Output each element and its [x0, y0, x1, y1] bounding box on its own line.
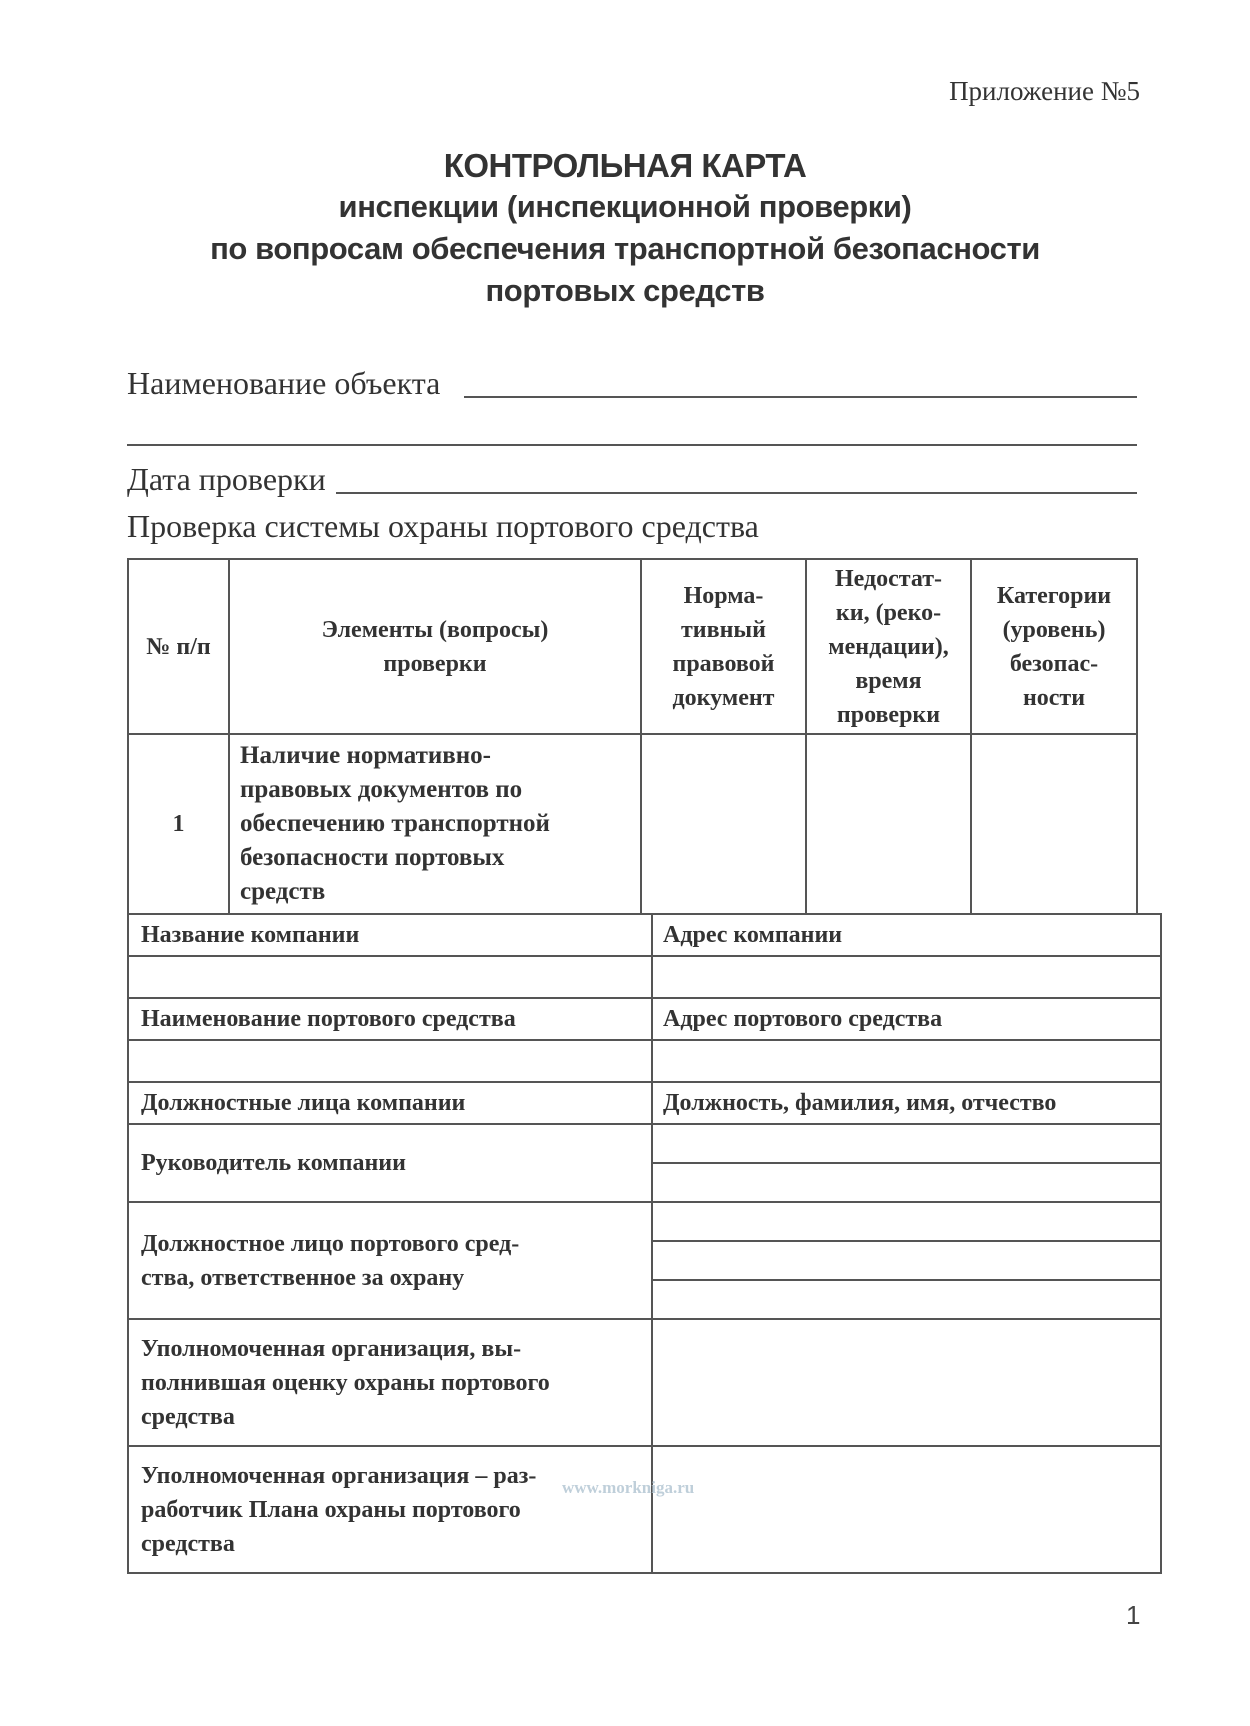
row-deficiencies-cell[interactable] — [806, 734, 971, 914]
pfso-row: Должностное лицо портового сред- ства, о… — [128, 1202, 1161, 1319]
company-name-label: Название компании — [128, 914, 652, 956]
officials-label: Должностные лица компании — [128, 1082, 652, 1124]
object-name-label: Наименование объекта — [127, 365, 440, 404]
port-facility-name-cell[interactable] — [128, 1040, 652, 1082]
document-title: КОНТРОЛЬНАЯ КАРТА инспекции (инспекционн… — [0, 146, 1250, 312]
object-name-continuation-line[interactable] — [127, 444, 1137, 446]
company-value-row — [128, 956, 1161, 998]
officials-header-row: Должностные лица компании Должность, фам… — [128, 1082, 1161, 1124]
pfso-line-1[interactable] — [653, 1203, 1160, 1242]
pfso-line-3[interactable] — [653, 1281, 1160, 1318]
pfso-label: Должностное лицо портового сред- ства, о… — [128, 1202, 652, 1319]
company-address-cell[interactable] — [652, 956, 1161, 998]
company-head-details — [652, 1124, 1161, 1202]
table-header-row: № п/п Элементы (вопросы) проверки Норма-… — [128, 559, 1137, 734]
port-facility-name-label: Наименование портового средства — [128, 998, 652, 1040]
port-facility-address-label: Адрес портового средства — [652, 998, 1161, 1040]
header-num: № п/п — [128, 559, 229, 734]
checklist-table: № п/п Элементы (вопросы) проверки Норма-… — [127, 558, 1138, 915]
check-date-input[interactable] — [336, 462, 1137, 494]
object-name-input[interactable] — [464, 366, 1137, 398]
watermark: www.morkniga.ru — [562, 1478, 694, 1498]
section-title: Проверка системы охраны портового средст… — [127, 508, 759, 545]
row-number: 1 — [128, 734, 229, 914]
table-row: 1 Наличие нормативно- правовых документо… — [128, 734, 1137, 914]
header-normative-document: Норма- тивный правовой документ — [641, 559, 806, 734]
object-name-field: Наименование объекта — [127, 356, 1137, 404]
header-security-category: Категории (уровень) безопас- ности — [971, 559, 1137, 734]
row-security-category-cell[interactable] — [971, 734, 1137, 914]
pfso-line-2[interactable] — [653, 1242, 1160, 1281]
title-line-2: инспекции (инспекционной проверки) — [0, 186, 1250, 228]
header-elements: Элементы (вопросы) проверки — [229, 559, 641, 734]
title-line-4: портовых средств — [0, 270, 1250, 312]
row-normative-document-cell[interactable] — [641, 734, 806, 914]
port-facility-address-cell[interactable] — [652, 1040, 1161, 1082]
page-number: 1 — [1126, 1600, 1140, 1631]
plan-developer-row: Уполномоченная организация – раз- работч… — [128, 1446, 1161, 1573]
header-deficiencies: Недостат- ки, (реко- мендации), время пр… — [806, 559, 971, 734]
assessor-org-label: Уполномоченная организация, вы- полнивша… — [128, 1319, 652, 1446]
port-facility-header-row: Наименование портового средства Адрес по… — [128, 998, 1161, 1040]
company-info-table: Название компании Адрес компании Наимено… — [127, 913, 1162, 1574]
title-line-3: по вопросам обеспечения транспортной без… — [0, 228, 1250, 270]
assessor-org-cell[interactable] — [652, 1319, 1161, 1446]
check-date-label: Дата проверки — [127, 461, 326, 500]
plan-developer-cell[interactable] — [652, 1446, 1161, 1573]
company-address-label: Адрес компании — [652, 914, 1161, 956]
company-head-line-2[interactable] — [653, 1164, 1160, 1201]
check-date-field: Дата проверки — [127, 452, 1137, 500]
company-head-line-1[interactable] — [653, 1125, 1160, 1164]
title-line-1: КОНТРОЛЬНАЯ КАРТА — [0, 146, 1250, 186]
row-element: Наличие нормативно- правовых документов … — [229, 734, 641, 914]
company-name-cell[interactable] — [128, 956, 652, 998]
assessor-org-row: Уполномоченная организация, вы- полнивша… — [128, 1319, 1161, 1446]
company-header-row: Название компании Адрес компании — [128, 914, 1161, 956]
company-head-label: Руководитель компании — [128, 1124, 652, 1202]
plan-developer-label: Уполномоченная организация – раз- работч… — [128, 1446, 652, 1573]
company-head-row: Руководитель компании — [128, 1124, 1161, 1202]
appendix-label: Приложение №5 — [949, 76, 1140, 107]
pfso-details — [652, 1202, 1161, 1319]
officials-details-label: Должность, фамилия, имя, отчество — [652, 1082, 1161, 1124]
port-facility-value-row — [128, 1040, 1161, 1082]
